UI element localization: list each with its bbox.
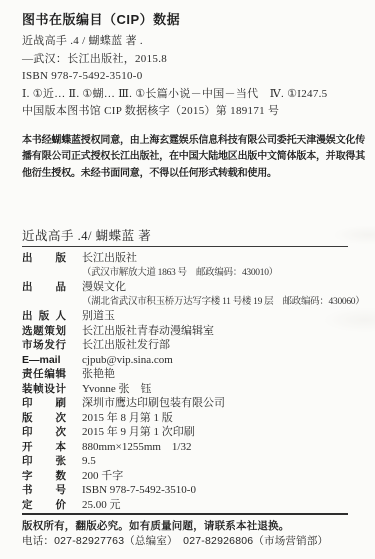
row-label: 开本 — [22, 440, 66, 455]
license-line: 播有限公司正式授权长江出版社，在中国大陆地区出版中文简体版本，并取得其 — [22, 149, 362, 166]
row-value: 2015 年 8 月第 1 版 — [82, 411, 173, 426]
row-label: 印次 — [22, 425, 66, 440]
cip-record-line: 中国版本图书馆 CIP 数据核字（2015）第 189171 号 — [22, 103, 362, 121]
row-value: 张艳艳 — [82, 367, 115, 382]
row-label: 书号 — [22, 483, 66, 498]
row-label: 印张 — [22, 454, 66, 469]
row-note: （武汉市解放大道 1863 号 邮政编码：430010） — [82, 266, 278, 281]
row-label: 责任编辑 — [22, 367, 66, 382]
cip-isbn-line: ISBN 978-7-5492-3510-0 — [22, 68, 362, 86]
colophon-row-edition: 版次 2015 年 8 月第 1 版 — [22, 411, 362, 426]
row-value: 200 千字 — [82, 469, 123, 484]
row-label-spacer — [22, 295, 66, 310]
cip-section: 图书在版编目（CIP）数据 近战高手 .4 / 蝴蝶蓝 著 . —武汉：长江出版… — [22, 12, 362, 121]
colophon-row-design: 装帧设计 Yvonne 张 钰 — [22, 382, 362, 397]
row-value: ISBN 978-7-5492-3510-0 — [82, 483, 196, 498]
row-value: cjpub@vip.sina.com — [82, 353, 173, 368]
colophon-row-price: 定价 25.00 元 — [22, 498, 362, 513]
row-value: 25.00 元 — [82, 498, 121, 513]
license-line: 他衍生授权。未经书面同意，不得以任何形式转载和使用。 — [22, 166, 362, 183]
colophon-row-distribution: 市场发行 长江出版社发行部 — [22, 338, 362, 353]
colophon-rows: 出版 长江出版社 （武汉市解放大道 1863 号 邮政编码：430010） 出品… — [22, 251, 362, 512]
colophon-row-printer: 印刷 深圳市鹰达印刷包装有限公司 — [22, 396, 362, 411]
colophon-row-publisher: 出版 长江出版社 — [22, 251, 362, 266]
row-value: Yvonne 张 钰 — [82, 382, 151, 397]
colophon-row-producer: 出品 漫娱文化 — [22, 280, 362, 295]
divider-bottom — [22, 513, 348, 515]
row-label: 市场发行 — [22, 338, 66, 353]
copyright-page: 图书在版编目（CIP）数据 近战高手 .4 / 蝴蝶蓝 著 . —武汉：长江出版… — [0, 0, 375, 559]
row-value: 2015 年 9 月第 1 次印刷 — [82, 425, 195, 440]
colophon-row-printing: 印次 2015 年 9 月第 1 次印刷 — [22, 425, 362, 440]
row-value: 长江出版社青春动漫编辑室 — [82, 324, 214, 339]
license-line: 本书经蝴蝶蓝授权同意，由上海玄霆娱乐信息科技有限公司委托天津漫娱文化传 — [22, 133, 362, 150]
colophon-row-format: 开本 880mm×1255mm 1/32 — [22, 440, 362, 455]
cip-header: 图书在版编目（CIP）数据 — [22, 12, 362, 27]
row-value: 漫娱文化 — [82, 280, 126, 295]
row-value: 880mm×1255mm 1/32 — [82, 440, 191, 455]
book-title-line: 近战高手 .4/ 蝴蝶蓝 著 — [22, 229, 362, 243]
row-label: 印刷 — [22, 396, 66, 411]
colophon-row-sheets: 印张 9.5 — [22, 454, 362, 469]
row-label: 出版 — [22, 251, 66, 266]
cip-publisher-line: —武汉：长江出版社，2015.8 — [22, 51, 362, 69]
colophon-row-producer-address: （湖北省武汉市积玉桥万达写字楼 11 号楼 19 层 邮政编码：430060） — [22, 295, 362, 310]
row-note: （湖北省武汉市积玉桥万达写字楼 11 号楼 19 层 邮政编码：430060） — [82, 295, 364, 310]
cip-title-line: 近战高手 .4 / 蝴蝶蓝 著 . — [22, 33, 362, 51]
colophon-row-publisher-address: （武汉市解放大道 1863 号 邮政编码：430010） — [22, 266, 362, 281]
row-label: 版次 — [22, 411, 66, 426]
colophon-row-isbn: 书号 ISBN 978-7-5492-3510-0 — [22, 483, 362, 498]
row-label: 字数 — [22, 469, 66, 484]
colophon-row-wordcount: 字数 200 千字 — [22, 469, 362, 484]
colophon-section: 近战高手 .4/ 蝴蝶蓝 著 出版 长江出版社 （武汉市解放大道 1863 号 … — [22, 229, 362, 549]
row-label: 定价 — [22, 498, 66, 513]
row-label: E—mail — [22, 353, 66, 368]
divider-top — [22, 246, 348, 247]
copyright-notice: 版权所有，翻版必究。如有质量问题，请联系本社退换。 — [22, 519, 362, 534]
row-label: 装帧设计 — [22, 382, 66, 397]
colophon-row-editor: 责任编辑 张艳艳 — [22, 367, 362, 382]
colophon-row-publisher-person: 出版人 别道玉 — [22, 309, 362, 324]
row-value: 深圳市鹰达印刷包装有限公司 — [82, 396, 225, 411]
row-label: 出品 — [22, 280, 66, 295]
colophon-row-planning: 选题策划 长江出版社青春动漫编辑室 — [22, 324, 362, 339]
row-label-spacer — [22, 266, 66, 281]
row-value: 别道玉 — [82, 309, 115, 324]
row-value: 9.5 — [82, 454, 96, 469]
colophon-row-email: E—mail cjpub@vip.sina.com — [22, 353, 362, 368]
row-value: 长江出版社 — [82, 251, 137, 266]
cip-classification-line: Ⅰ. ①近… Ⅱ. ①蝴… Ⅲ. ①长篇小说－中国－当代 Ⅳ. ①I247.5 — [22, 86, 362, 104]
license-paragraph: 本书经蝴蝶蓝授权同意，由上海玄霆娱乐信息科技有限公司委托天津漫娱文化传 播有限公… — [22, 133, 362, 183]
row-value: 长江出版社发行部 — [82, 338, 170, 353]
contact-phones: 电话：027-82927763（总编室） 027-82926806（市场营销部） — [22, 534, 362, 549]
row-label: 出版人 — [22, 309, 66, 324]
row-label: 选题策划 — [22, 324, 66, 339]
